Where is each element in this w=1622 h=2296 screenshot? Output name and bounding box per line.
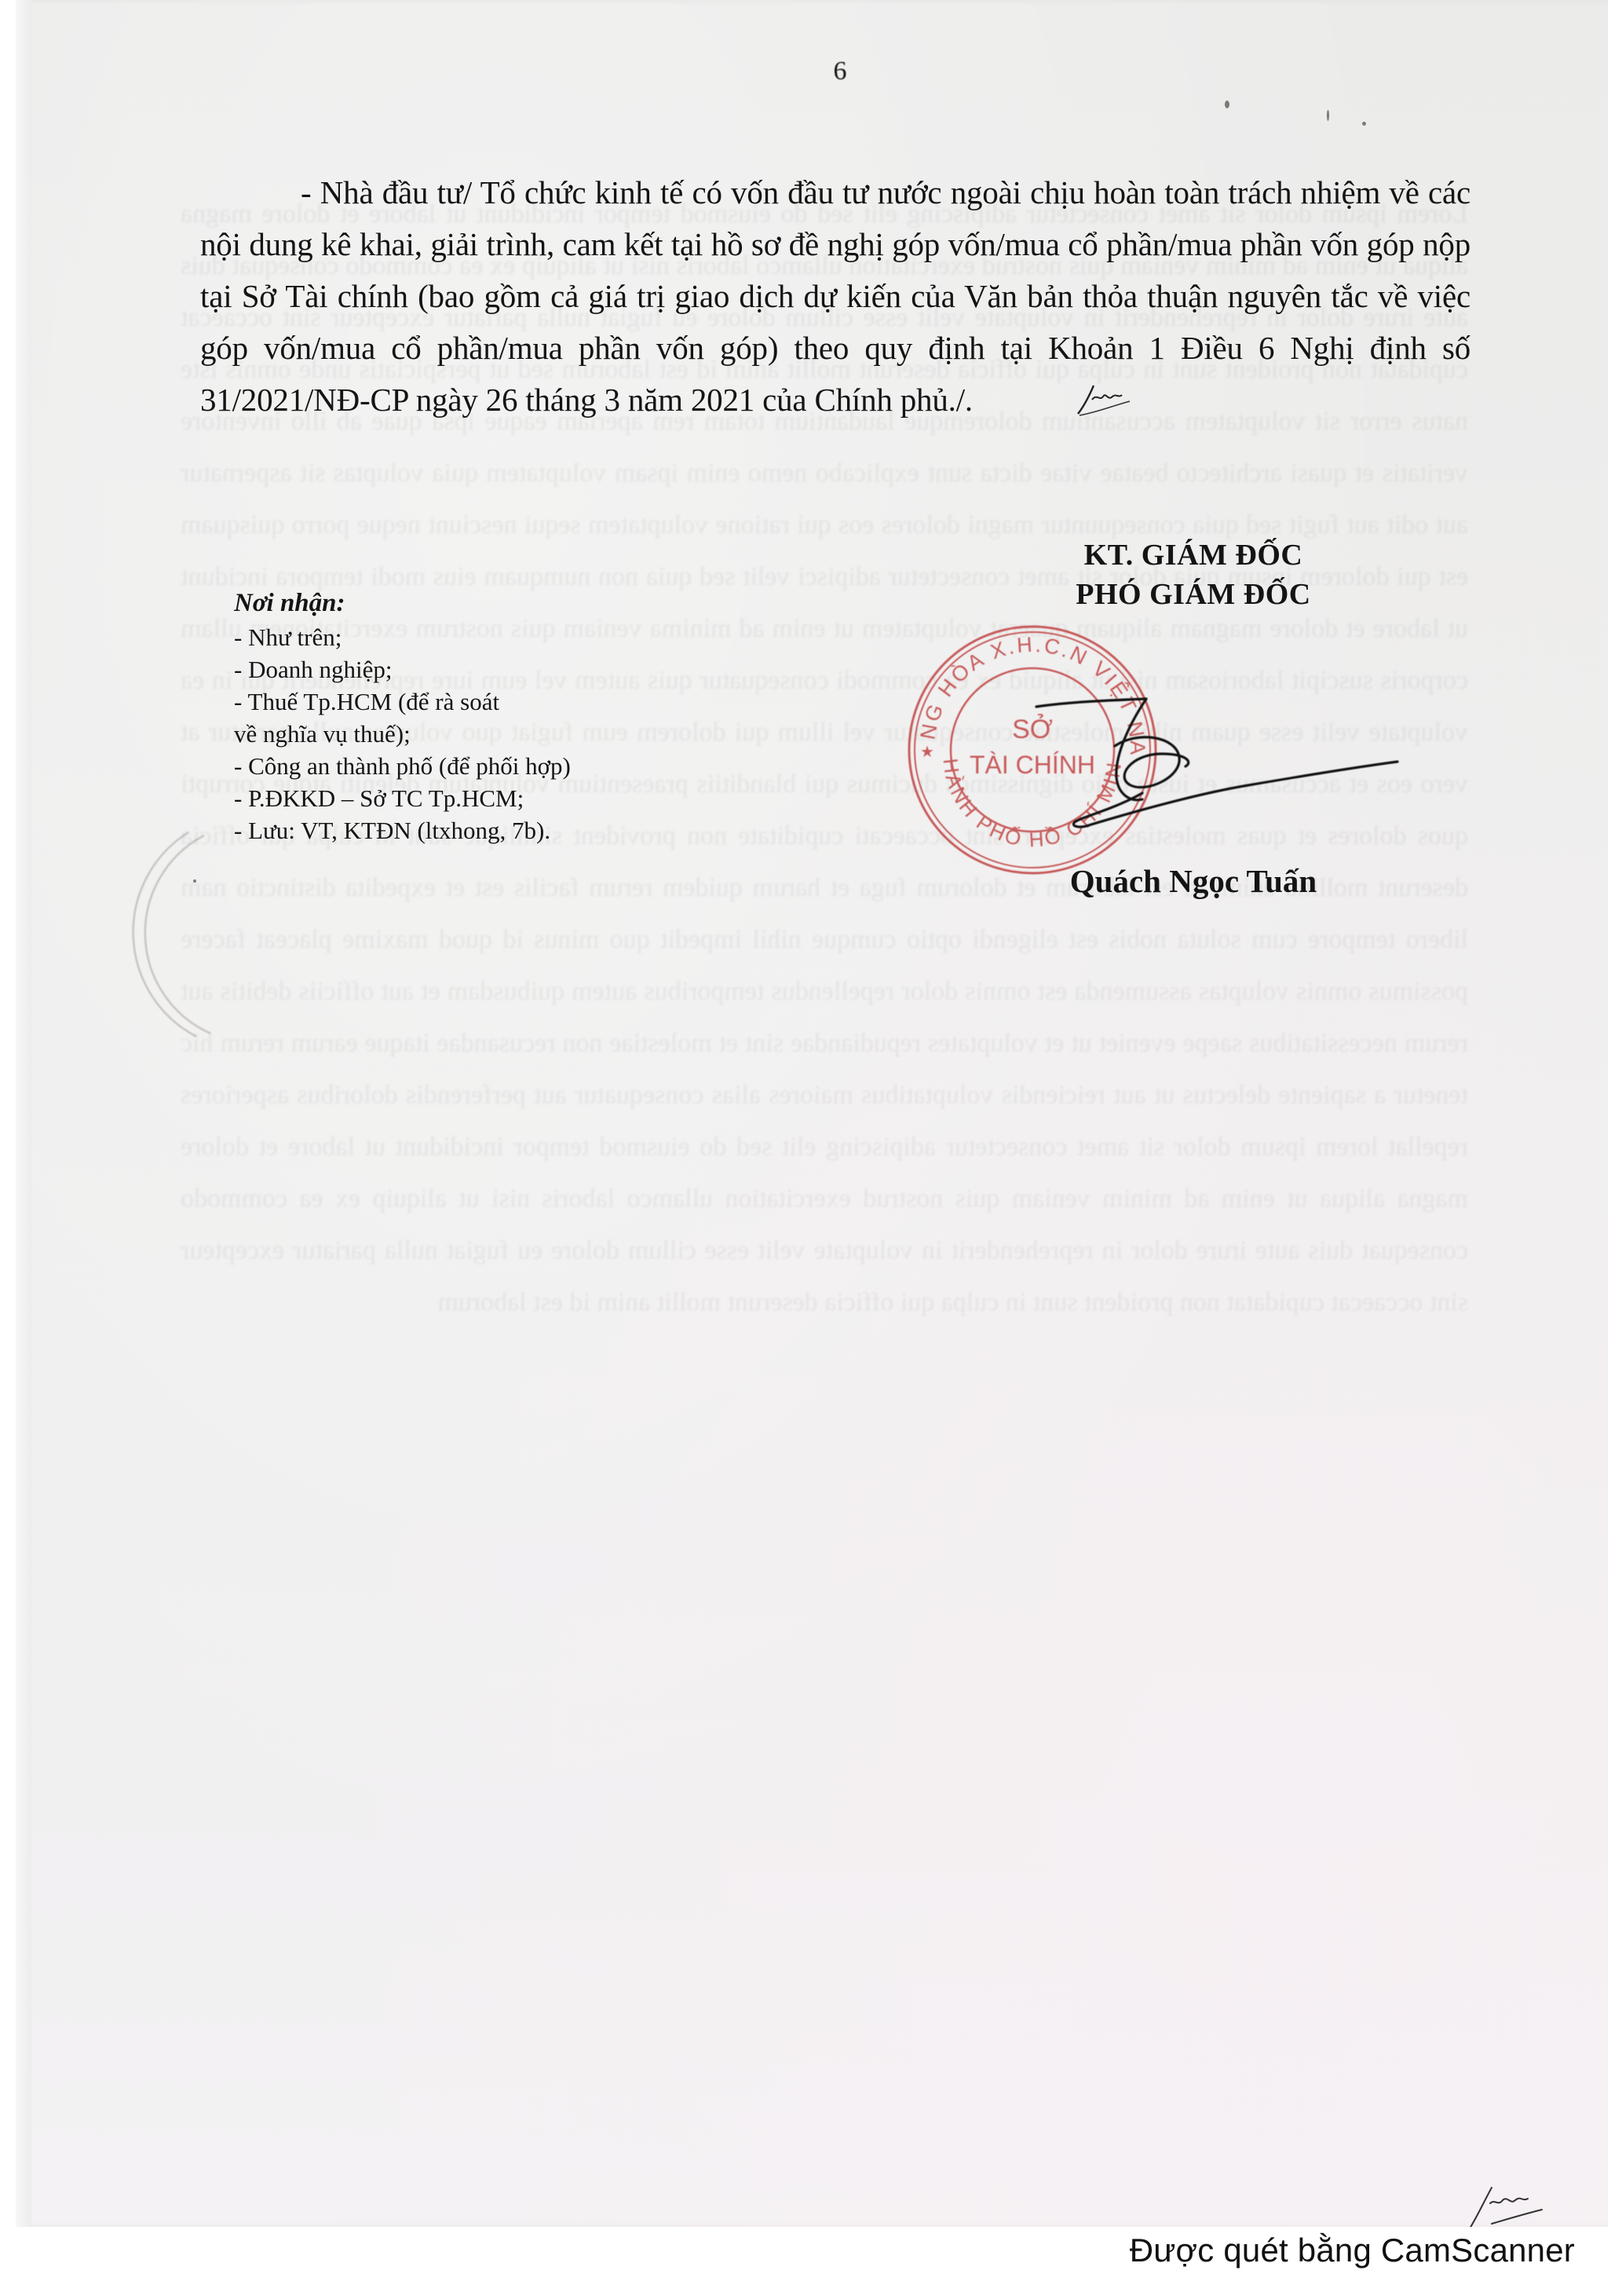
recipients-list: Nơi nhận: - Như trên; - Doanh nghiệp; - …	[234, 587, 705, 846]
recipient-item: - P.ĐKKD – Sở TC Tp.HCM;	[234, 782, 705, 814]
signature-title-line1: KT. GIÁM ĐỐC	[942, 536, 1445, 575]
svg-text:★: ★	[920, 742, 934, 761]
recipient-item: - Lưu: VT, KTĐN (ltxhong, 7b).	[234, 814, 705, 846]
recipients-heading: Nơi nhận:	[234, 587, 705, 620]
corner-initials-icon	[1460, 2183, 1547, 2230]
initials-mark-icon	[973, 380, 1036, 411]
recipient-item: - Công an thành phố (để phối hợp)	[234, 750, 705, 782]
paper-left-edge	[16, 0, 31, 2227]
scan-speck	[1362, 122, 1366, 126]
scan-speck	[1225, 101, 1229, 108]
handwritten-signature-icon	[997, 675, 1405, 832]
signature-title-block: KT. GIÁM ĐỐC PHÓ GIÁM ĐỐC	[942, 536, 1445, 614]
recipient-item: - Như trên;	[234, 621, 705, 653]
body-paragraph: - Nhà đầu tư/ Tổ chức kinh tế có vốn đầu…	[200, 166, 1470, 426]
body-paragraph-text: - Nhà đầu tư/ Tổ chức kinh tế có vốn đầu…	[200, 174, 1470, 418]
recipient-item: - Thuế Tp.HCM (để rà soát	[234, 686, 705, 718]
signature-title-line2: PHÓ GIÁM ĐỐC	[942, 575, 1445, 614]
faint-seal-impression-icon	[86, 824, 212, 1044]
recipient-item: - Doanh nghiệp;	[234, 653, 705, 686]
recipient-item: về nghĩa vụ thuế);	[234, 718, 705, 750]
scan-speck	[1327, 110, 1329, 121]
camscanner-watermark: Được quét bằng CamScanner	[1130, 2232, 1575, 2269]
page-number: 6	[816, 57, 864, 86]
scanned-document-viewport: Lorem ipsum dolor sit amet consectetur a…	[0, 0, 1622, 2296]
signer-name: Quách Ngọc Tuấn	[942, 862, 1445, 900]
